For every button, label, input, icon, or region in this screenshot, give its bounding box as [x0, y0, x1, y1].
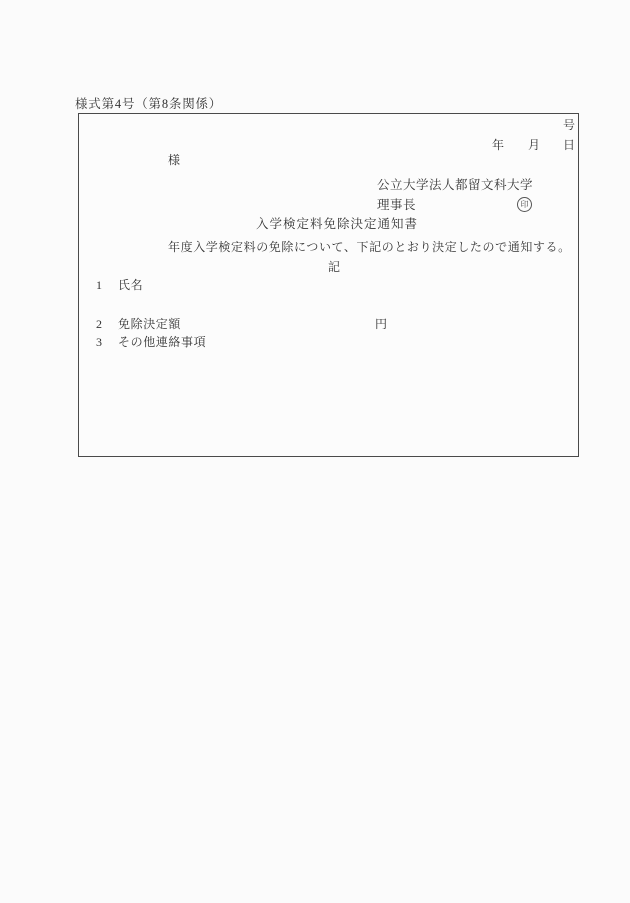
issue-number-suffix: 号 — [563, 119, 576, 131]
date-day-label: 日 — [563, 139, 576, 151]
body-text: 年度入学検定料の免除について、下記のとおり決定したので通知する。 — [168, 241, 571, 253]
item-number: 2 — [96, 318, 103, 330]
item-label-exemption-amount: 免除決定額 — [118, 318, 181, 330]
currency-unit-label: 円 — [375, 318, 388, 330]
item-row-exemption-amount: 2 免除決定額 円 — [79, 318, 578, 332]
addressee-honorific: 様 — [168, 154, 181, 166]
item-row-other-notes: 3 その他連絡事項 — [79, 336, 578, 350]
document-page: 様式第4号（第8条関係） 号 年 月 日 様 公立大学法人都留文科大学 理事長 … — [0, 0, 630, 903]
item-row-name: 1 氏名 — [79, 279, 578, 293]
record-heading: 記 — [328, 261, 341, 273]
notice-border-box: 号 年 月 日 様 公立大学法人都留文科大学 理事長 印 入学検定料免除決定通知… — [78, 113, 579, 457]
item-label-name: 氏名 — [118, 279, 143, 291]
seal-mark-icon: 印 — [517, 197, 532, 212]
date-year-label: 年 — [492, 139, 505, 151]
date-month-label: 月 — [528, 139, 541, 151]
document-title: 入学検定料免除決定通知書 — [256, 218, 418, 231]
item-label-other-notes: その他連絡事項 — [118, 336, 206, 348]
sender-title: 理事長 — [377, 199, 416, 212]
item-number: 3 — [96, 336, 103, 348]
item-number: 1 — [96, 279, 103, 291]
form-number-label: 様式第4号（第8条関係） — [75, 98, 222, 111]
sender-organization: 公立大学法人都留文科大学 — [377, 179, 533, 192]
